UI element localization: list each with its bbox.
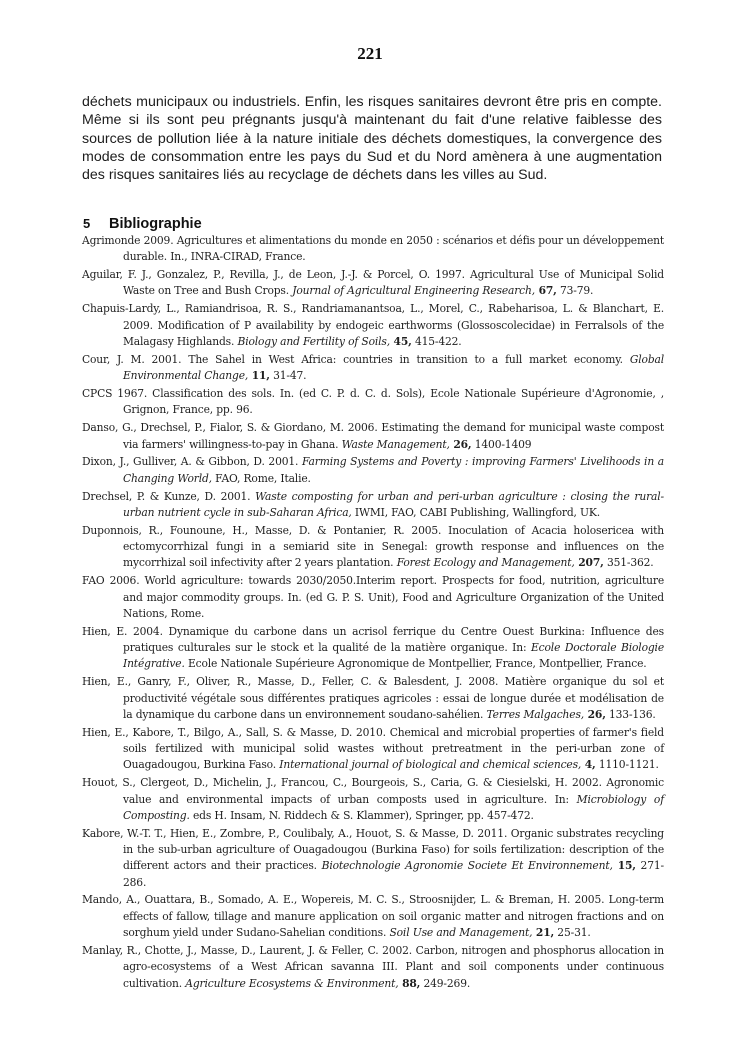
reference-item: Danso, G., Drechsel, P., Fialor, S. & Gi…	[82, 420, 664, 453]
reference-item: Agrimonde 2009. Agricultures et alimenta…	[82, 233, 664, 266]
reference-item: Mando, A., Ouattara, B., Somado, A. E., …	[82, 892, 664, 941]
reference-pages: 73-79.	[557, 284, 594, 297]
reference-item: Duponnois, R., Founoune, H., Masse, D. &…	[82, 523, 664, 572]
section-number: 5	[83, 216, 109, 231]
intro-paragraph: déchets municipaux ou industriels. Enfin…	[82, 93, 662, 184]
reference-volume: 26,	[450, 438, 472, 451]
reference-journal: Waste Management,	[342, 438, 450, 451]
reference-pages: eds H. Insam, N. Riddech & S. Klammer), …	[190, 809, 534, 822]
reference-item: Chapuis-Lardy, L., Ramiandrisoa, R. S., …	[82, 301, 664, 350]
reference-volume: 207,	[575, 556, 604, 569]
reference-volume: 15,	[613, 859, 636, 872]
reference-pages: 133-136.	[606, 708, 656, 721]
reference-item: Aguilar, F. J., Gonzalez, P., Revilla, J…	[82, 267, 664, 300]
reference-pages: 31-47.	[270, 369, 307, 382]
reference-journal: Terres Malgaches,	[487, 708, 585, 721]
page-number: 221	[0, 44, 740, 64]
reference-volume: 88,	[399, 977, 421, 990]
reference-text: FAO 2006. World agriculture: towards 203…	[82, 574, 664, 620]
reference-pages: Ecole Nationale Supérieure Agronomique d…	[185, 657, 647, 670]
reference-item: Hien, E., Ganry, F., Oliver, R., Masse, …	[82, 674, 664, 723]
reference-volume: 26,	[584, 708, 606, 721]
reference-text: Cour, J. M. 2001. The Sahel in West Afri…	[82, 353, 630, 366]
reference-item: FAO 2006. World agriculture: towards 203…	[82, 573, 664, 622]
reference-item: Drechsel, P. & Kunze, D. 2001. Waste com…	[82, 489, 664, 522]
reference-item: Houot, S., Clergeot, D., Michelin, J., F…	[82, 775, 664, 824]
reference-item: Cour, J. M. 2001. The Sahel in West Afri…	[82, 352, 664, 385]
reference-journal: Biotechnologie Agronomie Societe Et Envi…	[322, 859, 613, 872]
reference-pages: 1110-1121.	[596, 758, 659, 771]
reference-text: Drechsel, P. & Kunze, D. 2001.	[82, 490, 255, 503]
reference-pages: 1400-1409	[472, 438, 532, 451]
reference-pages: FAO, Rome, Italie.	[212, 472, 311, 485]
reference-text: Agrimonde 2009. Agricultures et alimenta…	[82, 234, 664, 263]
reference-item: CPCS 1967. Classification des sols. In. …	[82, 386, 664, 419]
reference-volume: 67,	[535, 284, 557, 297]
reference-pages: IWMI, FAO, CABI Publishing, Wallingford,…	[352, 506, 600, 519]
reference-journal: International journal of biological and …	[279, 758, 581, 771]
section-heading: 5Bibliographie	[83, 216, 202, 232]
reference-item: Hien, E. 2004. Dynamique du carbone dans…	[82, 624, 664, 673]
reference-journal: Forest Ecology and Management,	[397, 556, 575, 569]
reference-pages: 25-31.	[554, 926, 591, 939]
reference-journal: Agriculture Ecosystems & Environment,	[185, 977, 398, 990]
reference-volume: 4,	[581, 758, 595, 771]
reference-journal: Biology and Fertility of Soils,	[238, 335, 390, 348]
reference-item: Dixon, J., Gulliver, A. & Gibbon, D. 200…	[82, 454, 664, 487]
reference-pages: 249-269.	[420, 977, 470, 990]
section-title: Bibliographie	[109, 216, 202, 232]
reference-item: Hien, E., Kabore, T., Bilgo, A., Sall, S…	[82, 725, 664, 774]
reference-item: Manlay, R., Chotte, J., Masse, D., Laure…	[82, 943, 664, 992]
reference-volume: 45,	[390, 335, 412, 348]
bibliography-list: Agrimonde 2009. Agricultures et alimenta…	[82, 233, 664, 993]
reference-journal: Soil Use and Management,	[389, 926, 532, 939]
reference-journal: Journal of Agricultural Engineering Rese…	[292, 284, 535, 297]
reference-pages: 415-422.	[412, 335, 462, 348]
reference-volume: 11,	[248, 369, 270, 382]
reference-volume: 21,	[532, 926, 554, 939]
reference-text: CPCS 1967. Classification des sols. In. …	[82, 387, 664, 416]
reference-text: Dixon, J., Gulliver, A. & Gibbon, D. 200…	[82, 455, 302, 468]
reference-pages: 351-362.	[604, 556, 654, 569]
reference-item: Kabore, W.-T. T., Hien, E., Zombre, P., …	[82, 826, 664, 891]
